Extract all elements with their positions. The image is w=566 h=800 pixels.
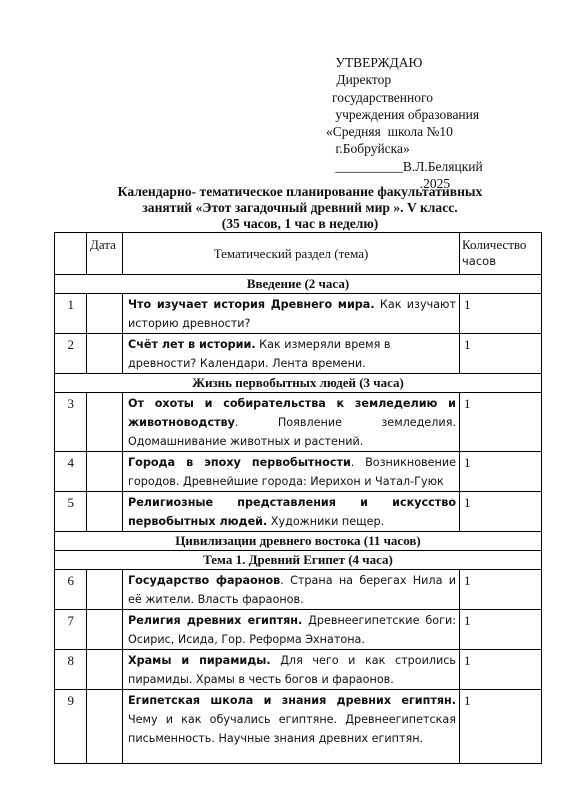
row-num: 2	[55, 334, 87, 374]
topic-bold: Религия древних египтян.	[128, 614, 302, 627]
row-num: 6	[55, 570, 87, 610]
row-num: 3	[55, 393, 87, 452]
row-hours: 1	[460, 650, 542, 690]
row-date[interactable]	[87, 452, 123, 492]
row-topic: Счёт лет в истории. Как измеряли время в…	[123, 334, 460, 374]
table-header-row: Дата Тематический раздел (тема) Количест…	[55, 233, 542, 275]
approval-line: государственного	[332, 89, 483, 106]
section-row: Тема 1. Древний Египет (4 часа)	[55, 551, 542, 570]
header-topic: Тематический раздел (тема)	[123, 233, 460, 275]
approval-line: УТВЕРЖДАЮ	[332, 54, 483, 71]
table-row: 3 От охоты и собирательства к земледелию…	[55, 393, 542, 452]
section-title: Цивилизации древнего востока (11 часов)	[55, 532, 542, 551]
title-line-3: (35 часов, 1 час в неделю)	[60, 216, 540, 232]
row-date[interactable]	[87, 650, 123, 690]
row-date[interactable]	[87, 294, 123, 334]
document-title: Календарно- тематическое планирование фа…	[60, 184, 540, 232]
row-num: 9	[55, 690, 87, 764]
title-line-1: Календарно- тематическое планирование фа…	[60, 184, 540, 200]
approval-line: «Средняя школа №10	[326, 123, 483, 140]
topic-bold: Государство фараонов	[128, 574, 280, 587]
section-row: Жизнь первобытных людей (3 часа)	[55, 374, 542, 393]
table-row: 2 Счёт лет в истории. Как измеряли время…	[55, 334, 542, 374]
topic-bold: Города в эпоху первобытности	[128, 456, 351, 469]
table-row: 5 Религиозные представления и искусство …	[55, 492, 542, 532]
row-num: 5	[55, 492, 87, 532]
approval-line: г.Бобруйска»	[332, 140, 483, 157]
topic-bold: Храмы и пирамиды.	[128, 654, 271, 667]
row-date[interactable]	[87, 492, 123, 532]
header-date: Дата	[87, 233, 123, 275]
approval-block: УТВЕРЖДАЮ Директор государственного учре…	[332, 54, 483, 192]
section-title: Тема 1. Древний Египет (4 часа)	[55, 551, 542, 570]
row-hours: 1	[460, 570, 542, 610]
section-row: Цивилизации древнего востока (11 часов)	[55, 532, 542, 551]
row-date[interactable]	[87, 393, 123, 452]
row-topic: Египетская школа и знания древних египтя…	[123, 690, 460, 764]
row-hours: 1	[460, 393, 542, 452]
table-row: 6 Государство фараонов. Страна на берега…	[55, 570, 542, 610]
row-topic: Города в эпоху первобытности. Возникнове…	[123, 452, 460, 492]
row-date[interactable]	[87, 570, 123, 610]
topic-bold: Египетская школа и знания древних египтя…	[128, 694, 456, 707]
row-topic: Что изучает история Древнего мира. Как и…	[123, 294, 460, 334]
row-topic: Храмы и пирамиды. Для чего и как строили…	[123, 650, 460, 690]
section-title: Жизнь первобытных людей (3 часа)	[55, 374, 542, 393]
row-hours: 1	[460, 690, 542, 764]
title-line-2: занятий «Этот загадочный древний мир ». …	[60, 200, 540, 216]
row-hours: 1	[460, 294, 542, 334]
row-date[interactable]	[87, 610, 123, 650]
row-num: 1	[55, 294, 87, 334]
row-hours: 1	[460, 452, 542, 492]
row-topic: Религия древних египтян. Древнеегипетски…	[123, 610, 460, 650]
row-num: 8	[55, 650, 87, 690]
topic-text: Художники пещер.	[267, 515, 384, 528]
topic-text: Чему и как обучались египтяне. Древнееги…	[128, 713, 456, 745]
approval-signature-line: __________В.Л.Беляцкий	[332, 158, 483, 175]
table-row: 8 Храмы и пирамиды. Для чего и как строи…	[55, 650, 542, 690]
approval-line: учреждения образования	[332, 106, 483, 123]
row-topic: Религиозные представления и искусство пе…	[123, 492, 460, 532]
table-row: 1 Что изучает история Древнего мира. Как…	[55, 294, 542, 334]
table-row: 7 Религия древних египтян. Древнеегипетс…	[55, 610, 542, 650]
header-hours-line1: Количество	[462, 236, 541, 253]
row-hours: 1	[460, 334, 542, 374]
row-topic: От охоты и собирательства к земледелию и…	[123, 393, 460, 452]
plan-table: Дата Тематический раздел (тема) Количест…	[54, 232, 542, 764]
row-num: 7	[55, 610, 87, 650]
approval-line: Директор	[332, 71, 483, 88]
section-row: Введение (2 часа)	[55, 275, 542, 294]
header-hours-line2: часов	[462, 253, 541, 270]
row-date[interactable]	[87, 690, 123, 764]
row-date[interactable]	[87, 334, 123, 374]
row-topic: Государство фараонов. Страна на берегах …	[123, 570, 460, 610]
header-num	[55, 233, 87, 275]
table-row: 9 Египетская школа и знания древних егип…	[55, 690, 542, 764]
row-hours: 1	[460, 610, 542, 650]
topic-bold: Счёт лет в истории.	[128, 338, 256, 351]
row-num: 4	[55, 452, 87, 492]
topic-bold: Что изучает история Древнего мира.	[128, 298, 375, 311]
row-hours: 1	[460, 492, 542, 532]
table-row: 4 Города в эпоху первобытности. Возникно…	[55, 452, 542, 492]
header-hours: Количествочасов	[460, 233, 542, 275]
section-title: Введение (2 часа)	[55, 275, 542, 294]
